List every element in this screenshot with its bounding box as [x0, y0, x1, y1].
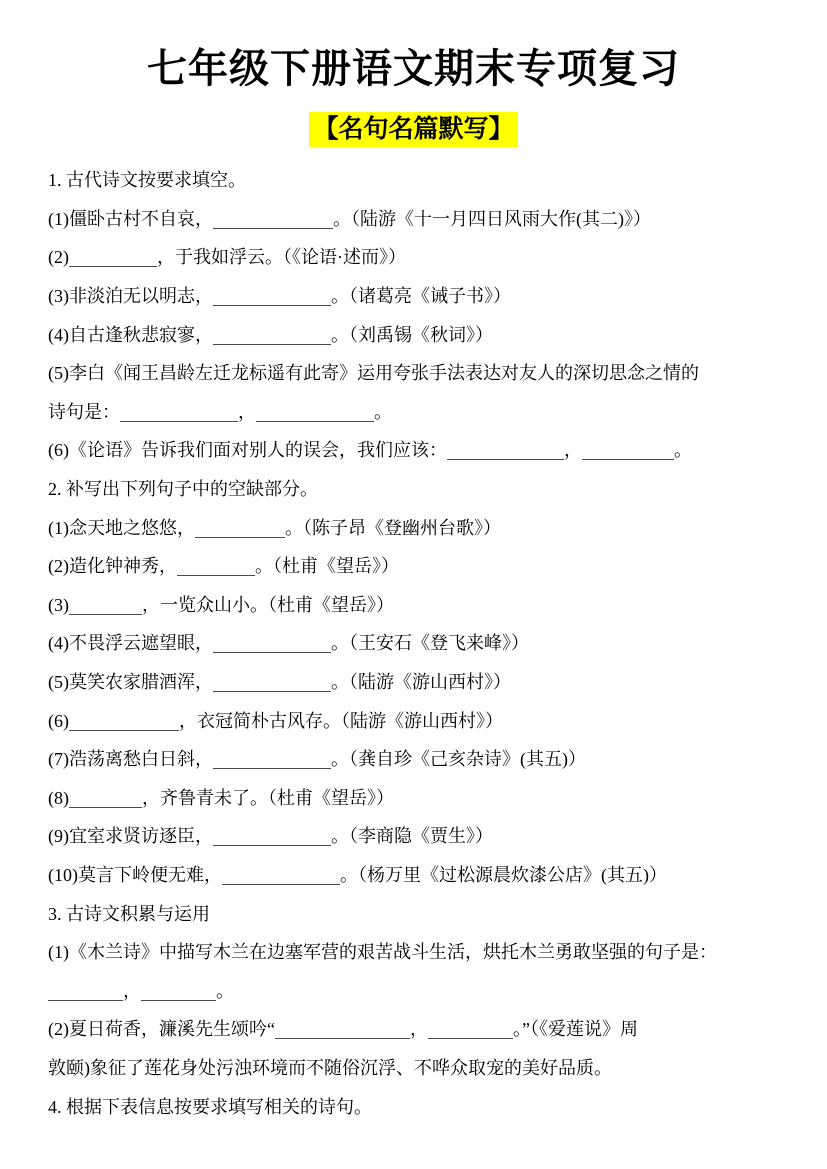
document-line: 1. 古代诗文按要求填空。 [48, 161, 779, 200]
fill-in-blank [256, 403, 374, 422]
document-line: (4)自古逢秋悲寂寥，。（刘禹锡《秋词》） [48, 316, 779, 355]
line-text: (1)《木兰诗》中描写木兰在边塞军营的艰苦战斗生活，烘托木兰勇敢坚强的句子是： [48, 942, 717, 962]
line-text: (1)僵卧古村不自哀， [48, 209, 213, 229]
line-text: 3. 古诗文积累与运用 [48, 904, 210, 924]
fill-in-blank [69, 248, 157, 267]
line-text: 。 [374, 402, 392, 422]
line-text: 。（诸葛亮《诫子书》） [331, 286, 511, 306]
document-line: (3)，一览众山小。（杜甫《望岳》） [48, 586, 779, 625]
line-text: ，衣冠简朴古风存。（陆游《游山西村》） [179, 711, 503, 731]
line-text: (5)莫笑农家腊酒浑， [48, 672, 213, 692]
fill-in-blank [213, 673, 331, 692]
document-line: (6)，衣冠简朴古风存。（陆游《游山西村》） [48, 702, 779, 741]
fill-in-blank [48, 982, 123, 1001]
line-text: (6)《论语》告诉我们面对别人的误会，我们应该： [48, 440, 447, 460]
fill-in-blank [275, 1020, 410, 1039]
line-text: (1)念天地之悠悠， [48, 518, 195, 538]
fill-in-blank [69, 596, 142, 615]
line-text: (3)非淡泊无以明志， [48, 286, 213, 306]
fill-in-blank [69, 789, 142, 808]
fill-in-blank [213, 634, 331, 653]
document-line: 2. 补写出下列句子中的空缺部分。 [48, 470, 779, 509]
line-text: 。（杜甫《望岳》） [255, 556, 399, 576]
document-line: (2)夏日荷香，濂溪先生颂吟“，。”（《爱莲说》周 [48, 1010, 779, 1049]
line-text: ， [410, 1019, 428, 1039]
line-text: ，齐鲁青未了。（杜甫《望岳》） [142, 788, 394, 808]
fill-in-blank [213, 210, 333, 229]
line-text: ， [123, 981, 141, 1001]
page-title: 七年级下册语文期末专项复习 [48, 44, 779, 94]
fill-in-blank [120, 403, 238, 422]
document-line: (1)念天地之悠悠，。（陈子昂《登幽州台歌》） [48, 509, 779, 548]
fill-in-blank [213, 827, 331, 846]
worksheet-page: 七年级下册语文期末专项复习 【名句名篇默写】 1. 古代诗文按要求填空。(1)僵… [0, 0, 827, 1126]
fill-in-blank [222, 866, 340, 885]
line-text: (2)夏日荷香，濂溪先生颂吟“ [48, 1019, 275, 1039]
fill-in-blank [447, 441, 564, 460]
document-line: (2)造化钟神秀，。（杜甫《望岳》） [48, 547, 779, 586]
document-line: (4)不畏浮云遮望眼，。（王安石《登飞来峰》） [48, 624, 779, 663]
line-text: 1. 古代诗文按要求填空。 [48, 170, 246, 190]
line-text: 2. 补写出下列句子中的空缺部分。 [48, 479, 318, 499]
document-body: 1. 古代诗文按要求填空。(1)僵卧古村不自哀，。（陆游《十一月四日风雨大作(其… [48, 161, 779, 1126]
line-text: (6) [48, 711, 69, 731]
fill-in-blank [213, 287, 331, 306]
document-line: (5)莫笑农家腊酒浑，。（陆游《游山西村》） [48, 663, 779, 702]
fill-in-blank [195, 519, 285, 538]
line-text: 诗句是： [48, 402, 120, 422]
line-text: 。（王安石《登飞来峰》） [331, 633, 529, 653]
document-line: (9)宜室求贤访逐臣，。（李商隐《贾生》） [48, 817, 779, 856]
document-line: (8)，齐鲁青未了。（杜甫《望岳》） [48, 779, 779, 818]
section-badge-row: 【名句名篇默写】 [48, 112, 779, 147]
line-text: 4. 根据下表信息按要求填写相关的诗句。 [48, 1097, 372, 1117]
line-text: 。（龚自珍《己亥杂诗》(其五)） [331, 749, 586, 769]
line-text: ，一览众山小。（杜甫《望岳》） [142, 595, 394, 615]
line-text: (4)自古逢秋悲寂寥， [48, 325, 213, 345]
fill-in-blank [213, 326, 331, 345]
document-line: (3)非淡泊无以明志，。（诸葛亮《诫子书》） [48, 277, 779, 316]
document-line: 敦颐)象征了莲花身处污浊环境而不随俗沉浮、不哗众取宠的美好品质。 [48, 1049, 779, 1088]
fill-in-blank [177, 557, 255, 576]
document-line: (2)，于我如浮云。（《论语·述而》） [48, 238, 779, 277]
line-text: (2)造化钟神秀， [48, 556, 177, 576]
line-text: 。（陆游《十一月四日风雨大作(其二)》） [333, 209, 651, 229]
line-text: (4)不畏浮云遮望眼， [48, 633, 213, 653]
line-text: (10)莫言下岭便无难， [48, 865, 222, 885]
line-text: (5)李白《闻王昌龄左迁龙标遥有此寄》运用夸张手法表达对友人的深切思念之情的 [48, 363, 699, 383]
line-text: 。”（《爱莲说》周 [513, 1019, 638, 1039]
fill-in-blank [141, 982, 216, 1001]
fill-in-blank [69, 712, 179, 731]
document-line: 4. 根据下表信息按要求填写相关的诗句。 [48, 1088, 779, 1127]
line-text: 。（陈子昂《登幽州台歌》） [285, 518, 501, 538]
fill-in-blank [213, 750, 331, 769]
line-text: 。 [674, 440, 692, 460]
line-text: ， [238, 402, 256, 422]
line-text: ， [564, 440, 582, 460]
fill-in-blank [582, 441, 674, 460]
document-line: (7)浩荡离愁白日斜，。（龚自珍《己亥杂诗》(其五)） [48, 740, 779, 779]
document-line: 3. 古诗文积累与运用 [48, 895, 779, 934]
document-line: (10)莫言下岭便无难，。（杨万里《过松源晨炊漆公店》(其五)） [48, 856, 779, 895]
line-text: (7)浩荡离愁白日斜， [48, 749, 213, 769]
section-badge: 【名句名篇默写】 [309, 112, 517, 147]
line-text: 。（杨万里《过松源晨炊漆公店》(其五)） [340, 865, 667, 885]
document-line: ，。 [48, 972, 779, 1011]
line-text: 敦颐)象征了莲花身处污浊环境而不随俗沉浮、不哗众取宠的美好品质。 [48, 1058, 612, 1078]
document-line: 诗句是：，。 [48, 393, 779, 432]
fill-in-blank [428, 1020, 513, 1039]
line-text: ，于我如浮云。（《论语·述而》） [157, 247, 406, 267]
document-line: (1)《木兰诗》中描写木兰在边塞军营的艰苦战斗生活，烘托木兰勇敢坚强的句子是： [48, 933, 779, 972]
line-text: (9)宜室求贤访逐臣， [48, 826, 213, 846]
document-line: (5)李白《闻王昌龄左迁龙标遥有此寄》运用夸张手法表达对友人的深切思念之情的 [48, 354, 779, 393]
line-text: 。（刘禹锡《秋词》） [331, 325, 493, 345]
line-text: 。（陆游《游山西村》） [331, 672, 511, 692]
line-text: 。 [216, 981, 234, 1001]
document-line: (6)《论语》告诉我们面对别人的误会，我们应该：，。 [48, 431, 779, 470]
line-text: (2) [48, 247, 69, 267]
line-text: (8) [48, 788, 69, 808]
line-text: 。（李商隐《贾生》） [331, 826, 493, 846]
line-text: (3) [48, 595, 69, 615]
document-line: (1)僵卧古村不自哀，。（陆游《十一月四日风雨大作(其二)》） [48, 200, 779, 239]
